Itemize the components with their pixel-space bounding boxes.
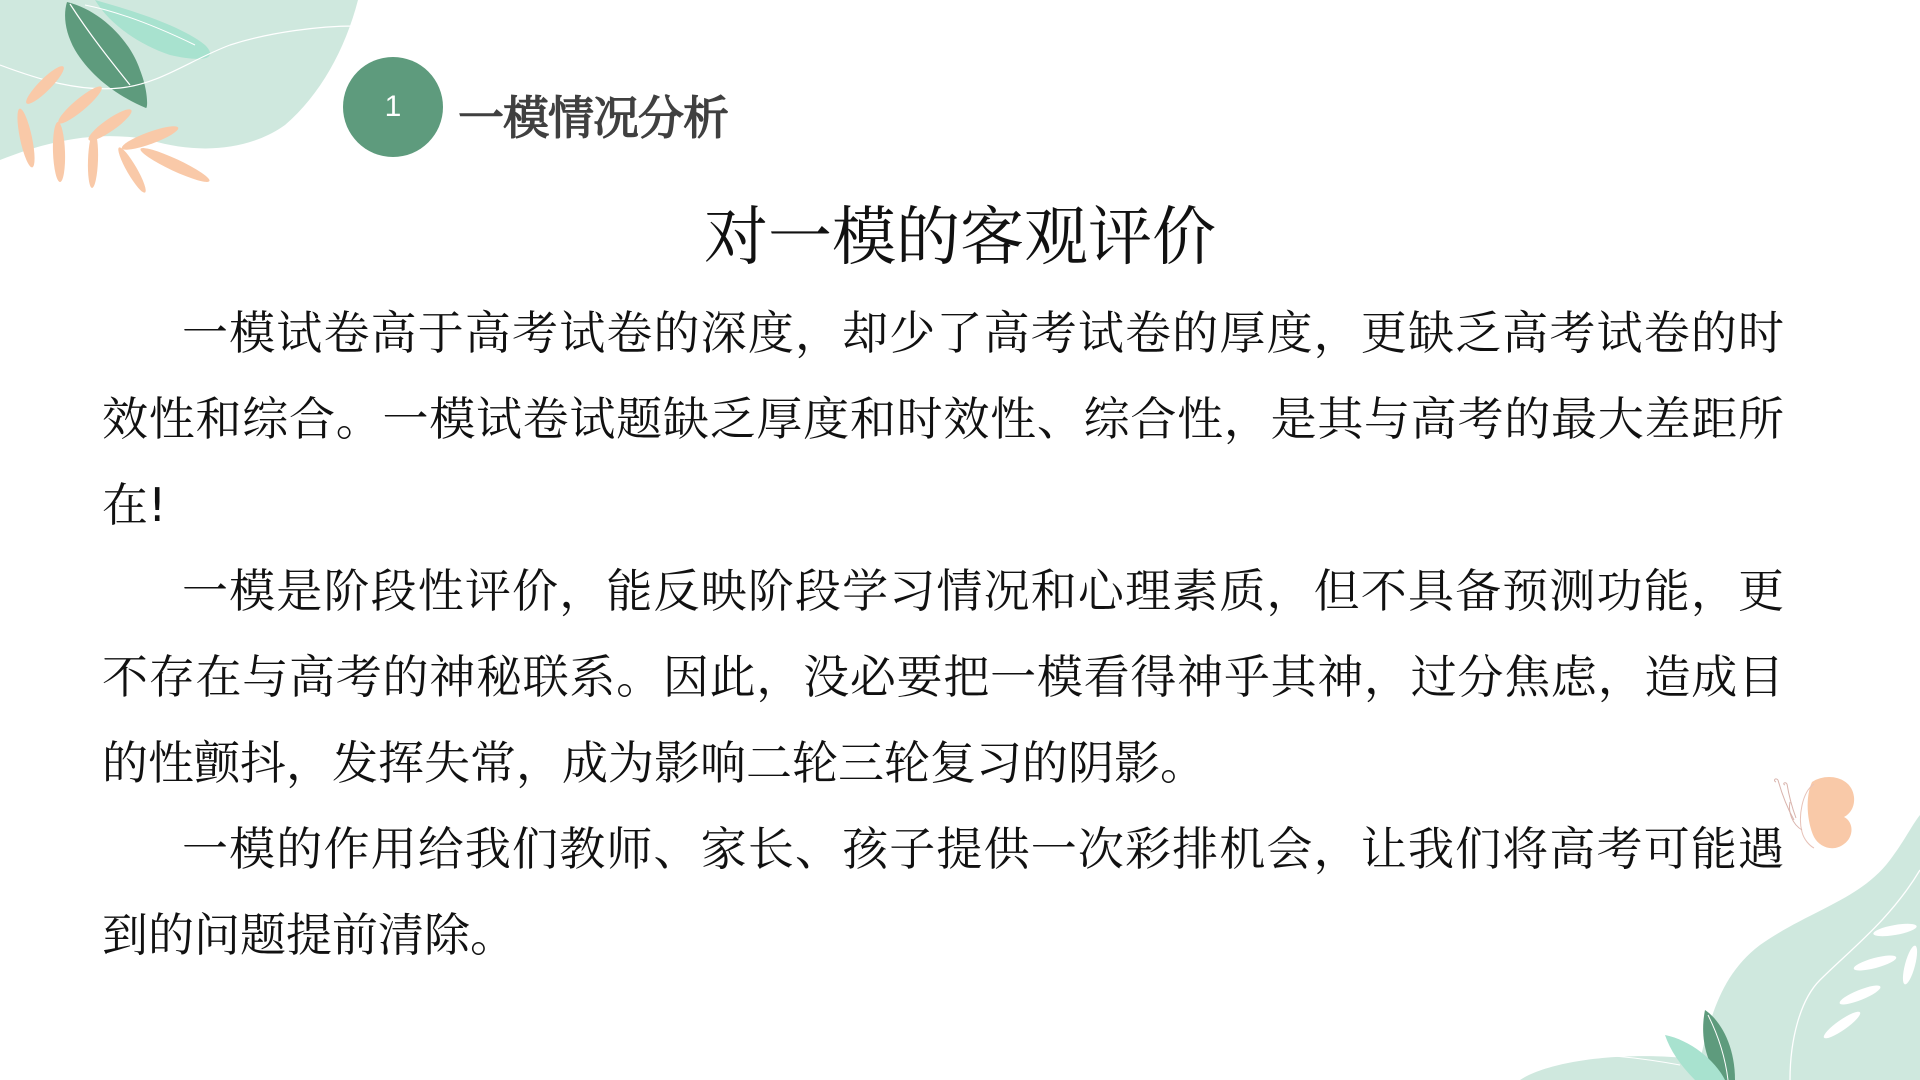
leaf-and-branch-icon bbox=[0, 0, 370, 210]
section-number: 1 bbox=[385, 90, 402, 124]
paragraph-3: 一模的作用给我们教师、家长、孩子提供一次彩排机会，让我们将高考可能遇到的问题提前… bbox=[102, 806, 1784, 978]
body-text: 一模试卷高于高考试卷的深度，却少了高考试卷的厚度，更缺乏高考试卷的时效性和综合。… bbox=[102, 290, 1784, 978]
paragraph-1: 一模试卷高于高考试卷的深度，却少了高考试卷的厚度，更缺乏高考试卷的时效性和综合。… bbox=[102, 290, 1784, 548]
section-heading: 一模情况分析 bbox=[458, 88, 728, 148]
slide-title: 对一模的客观评价 bbox=[0, 196, 1920, 280]
butterfly-icon bbox=[1772, 772, 1862, 857]
section-number-badge: 1 bbox=[343, 57, 443, 157]
slide: 1 一模情况分析 对一模的客观评价 一模试卷高于高考试卷的深度，却少了高考试卷的… bbox=[0, 0, 1920, 1080]
paragraph-2: 一模是阶段性评价，能反映阶段学习情况和心理素质，但不具备预测功能，更不存在与高考… bbox=[102, 548, 1784, 806]
